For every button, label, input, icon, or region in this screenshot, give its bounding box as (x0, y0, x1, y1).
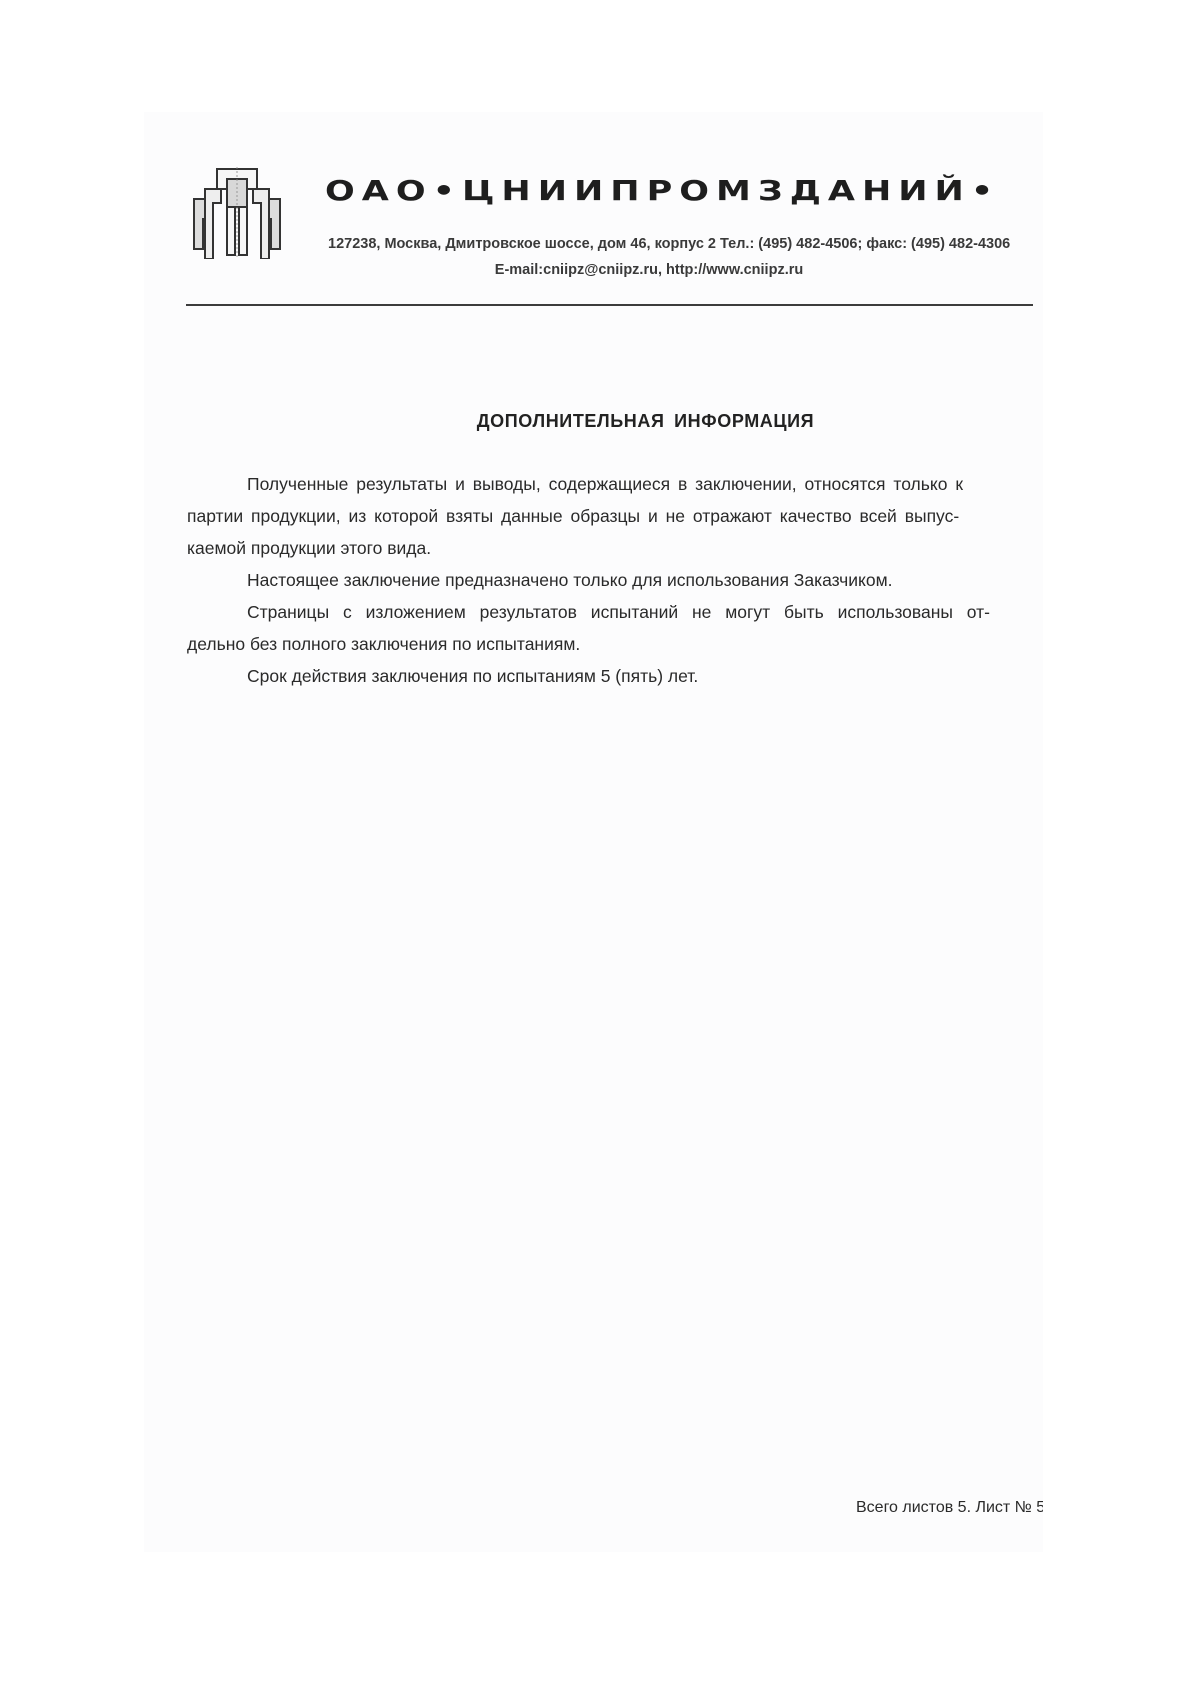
header-divider (186, 304, 1033, 306)
body-line: Полученные результаты и выводы, содержащ… (187, 468, 1043, 500)
building-columns-logo-icon (193, 167, 281, 259)
company-address: 127238, Москва, Дмитровское шоссе, дом 4… (328, 236, 1010, 252)
document-body: Полученные результаты и выводы, содержащ… (187, 468, 1043, 692)
body-line: Настоящее заключение предназначено тольк… (187, 564, 1043, 596)
company-contacts: E-mail:cniipz@cniipz.ru, http://www.cnii… (144, 262, 1043, 278)
body-line: Страницы с изложением результатов испыта… (187, 596, 1043, 628)
page-counter: Всего листов 5. Лист № 5 (856, 1499, 1043, 1517)
company-name: ОАО•ЦНИИПРОМЗДАНИЙ• (325, 178, 1000, 205)
body-line: партии продукции, из которой взяты данны… (187, 500, 1043, 532)
body-line: каемой продукции этого вида. (187, 532, 1043, 564)
body-line: Срок действия заключения по испытаниям 5… (187, 660, 1043, 692)
body-line: дельно без полного заключения по испытан… (187, 628, 1043, 660)
document-title: ДОПОЛНИТЕЛЬНАЯ ИНФОРМАЦИЯ (144, 411, 1043, 432)
scanned-page: ОАО•ЦНИИПРОМЗДАНИЙ• 127238, Москва, Дмит… (144, 112, 1043, 1552)
